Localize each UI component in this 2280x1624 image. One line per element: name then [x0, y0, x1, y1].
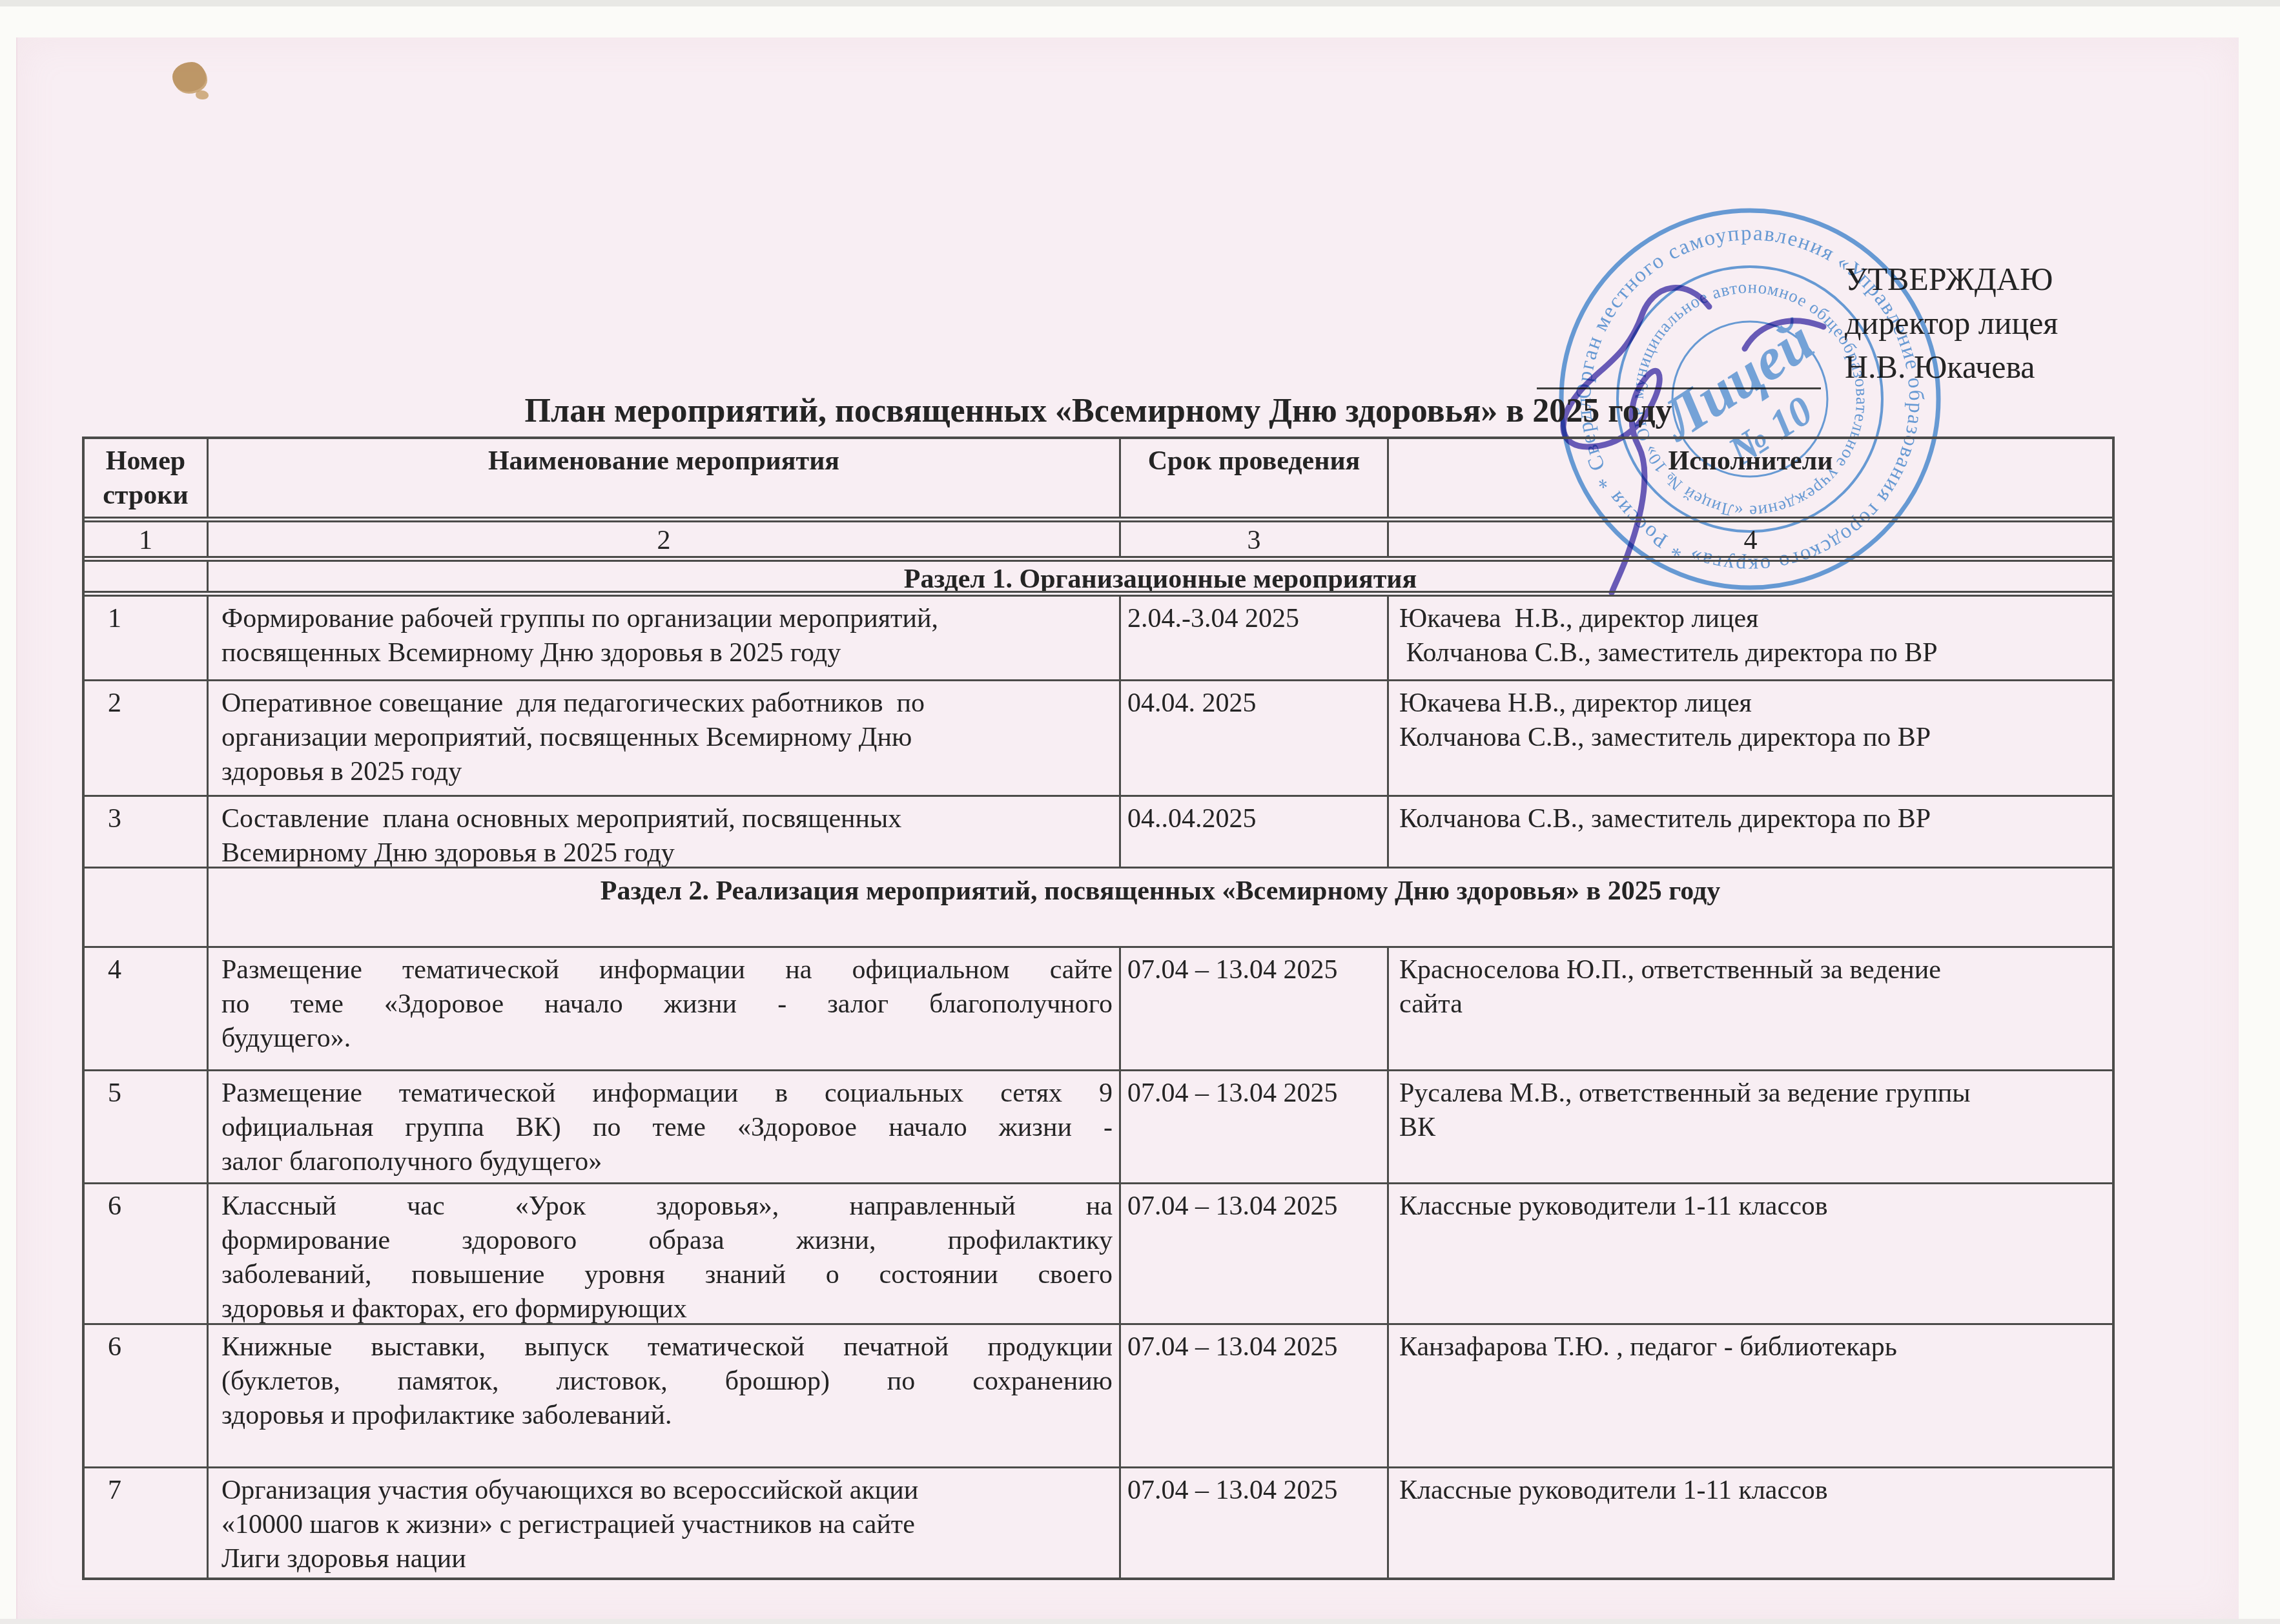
- date-cell: 07.04 – 13.04 2025: [1121, 1325, 1389, 1466]
- table-row: 5 Размещение тематической информации в с…: [85, 1071, 2112, 1184]
- activity-cell: Размещение тематической информации на оф…: [209, 948, 1121, 1069]
- date-cell: 04..04.2025: [1121, 797, 1389, 867]
- header-executors: Исполнители: [1389, 439, 2112, 517]
- activity-cell: Книжные выставки, выпуск тематической пе…: [209, 1325, 1121, 1466]
- row-number-cell: 6: [85, 1325, 209, 1466]
- date-cell: 04.04. 2025: [1121, 681, 1389, 795]
- date-cell: 07.04 – 13.04 2025: [1121, 1184, 1389, 1323]
- table-row: 1 Формирование рабочей группы по организ…: [85, 597, 2112, 681]
- row-number-cell: 4: [85, 948, 209, 1069]
- date-cell: 2.04.-3.04 2025: [1121, 597, 1389, 679]
- header-row-number: Номерстроки: [85, 439, 209, 517]
- table-row: 6 Классный час «Урок здоровья», направле…: [85, 1184, 2112, 1325]
- activity-cell: Оперативное совещание для педагогических…: [209, 681, 1121, 795]
- table-header-row: Номерстроки Наименование мероприятия Сро…: [85, 439, 2112, 522]
- activity-cell: Формирование рабочей группы по организац…: [209, 597, 1121, 679]
- section-1-row: Раздел 1. Организационные мероприятия: [85, 562, 2112, 597]
- date-cell: 07.04 – 13.04 2025: [1121, 948, 1389, 1069]
- column-number-4: 4: [1389, 522, 2112, 556]
- row-number-cell: 5: [85, 1071, 209, 1182]
- table-row: 3 Составление плана основных мероприятий…: [85, 797, 2112, 869]
- header-date: Срок проведения: [1121, 439, 1389, 517]
- paper-stain-small: [196, 90, 209, 99]
- row-number-cell: 1: [85, 597, 209, 679]
- table-row: 4 Размещение тематической информации на …: [85, 948, 2112, 1071]
- executors-cell: Красноселова Ю.П., ответственный за веде…: [1389, 948, 2112, 1069]
- column-number-2: 2: [209, 522, 1121, 556]
- executors-cell: Классные руководители 1-11 классов: [1389, 1468, 2112, 1578]
- page-title: План мероприятий, посвященных «Всемирном…: [82, 393, 2115, 430]
- section-1-title: Раздел 1. Организационные мероприятия: [209, 562, 2112, 591]
- header-activity: Наименование мероприятия: [209, 439, 1121, 517]
- table-row: 6 Книжные выставки, выпуск тематической …: [85, 1325, 2112, 1468]
- row-number-cell: 6: [85, 1184, 209, 1323]
- paper-stain: [172, 62, 206, 92]
- row-number-cell: 7: [85, 1468, 209, 1578]
- column-numbers-row: 1 2 3 4: [85, 522, 2112, 562]
- events-table: Номерстроки Наименование мероприятия Сро…: [82, 437, 2115, 1580]
- document-paper: УТВЕРЖДАЮдиректор лицеяН.В. Юкачева Орга…: [16, 37, 2239, 1619]
- executors-cell: Колчанова С.В., заместитель директора по…: [1389, 797, 2112, 867]
- section-2-row: Раздел 2. Реализация мероприятий, посвящ…: [85, 869, 2112, 948]
- activity-cell: Размещение тематической информации в соц…: [209, 1071, 1121, 1182]
- section-2-title: Раздел 2. Реализация мероприятий, посвящ…: [209, 869, 2112, 946]
- activity-cell: Организация участия обучающихся во всеро…: [209, 1468, 1121, 1578]
- section-1-empty-cell: [85, 562, 209, 591]
- row-number-cell: 2: [85, 681, 209, 795]
- section-2-empty-cell: [85, 869, 209, 946]
- column-number-3: 3: [1121, 522, 1389, 556]
- row-number-cell: 3: [85, 797, 209, 867]
- activity-cell: Составление плана основных мероприятий, …: [209, 797, 1121, 867]
- activity-cell: Классный час «Урок здоровья», направленн…: [209, 1184, 1121, 1323]
- executors-cell: Юкачева Н.В., директор лицея Колчанова С…: [1389, 597, 2112, 679]
- column-number-1: 1: [85, 522, 209, 556]
- date-cell: 07.04 – 13.04 2025: [1121, 1468, 1389, 1578]
- executors-cell: Русалева М.В., ответственный за ведение …: [1389, 1071, 2112, 1182]
- date-cell: 07.04 – 13.04 2025: [1121, 1071, 1389, 1182]
- scanned-document-canvas: УТВЕРЖДАЮдиректор лицеяН.В. Юкачева Орга…: [0, 0, 2280, 1624]
- executors-cell: Классные руководители 1-11 классов: [1389, 1184, 2112, 1323]
- executors-cell: Канзафарова Т.Ю. , педагог - библиотекар…: [1389, 1325, 2112, 1466]
- scan-edge-bottom: [0, 1619, 2280, 1624]
- signature-flourish-stroke: [1745, 321, 1823, 349]
- executors-cell: Юкачева Н.В., директор лицеяКолчанова С.…: [1389, 681, 2112, 795]
- scan-edge-top: [0, 0, 2280, 6]
- table-row: 2 Оперативное совещание для педагогическ…: [85, 681, 2112, 797]
- table-row: 7 Организация участия обучающихся во все…: [85, 1468, 2112, 1578]
